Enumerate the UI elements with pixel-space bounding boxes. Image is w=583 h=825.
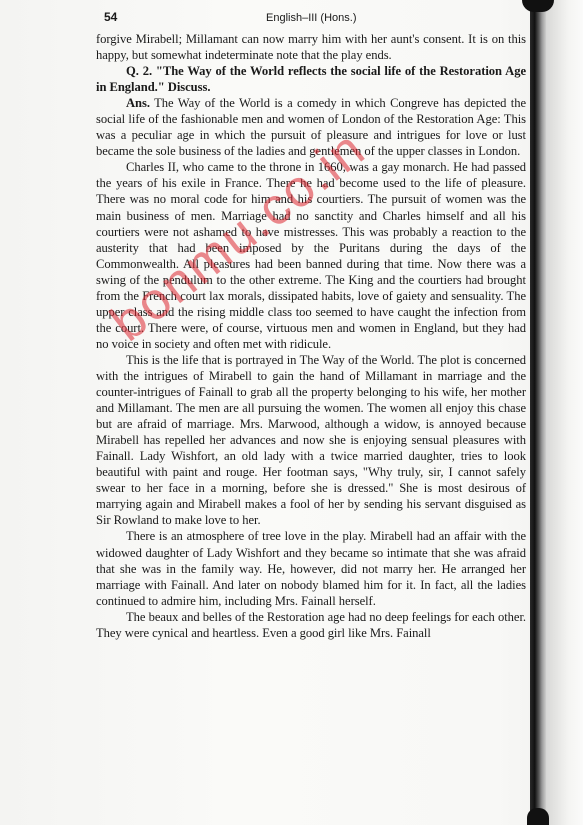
scanned-book-page: 54 English–III (Hons.) forgive Mirabell;… <box>0 0 583 825</box>
question-heading: Q. 2. "The Way of the World reflects the… <box>96 63 526 95</box>
body-paragraph: Charles II, who came to the throne in 16… <box>96 159 526 352</box>
running-head: English–III (Hons.) <box>266 12 356 24</box>
binding-clip-bottom <box>527 808 549 825</box>
page-header: 54 English–III (Hons.) <box>96 8 526 28</box>
answer-label: Ans. <box>126 96 150 110</box>
continuation-paragraph: forgive Mirabell; Millamant can now marr… <box>96 31 526 63</box>
page-edge-shade <box>546 0 583 825</box>
body-paragraph: There is an atmosphere of tree love in t… <box>96 528 526 608</box>
page-number: 54 <box>104 10 117 24</box>
answer-text: The Way of the World is a comedy in whic… <box>96 96 526 158</box>
book-binding-shadow <box>530 0 546 825</box>
body-paragraph: The beaux and belles of the Restoration … <box>96 609 526 641</box>
page-body: forgive Mirabell; Millamant can now marr… <box>96 31 526 641</box>
body-paragraph: This is the life that is portrayed in Th… <box>96 352 526 529</box>
answer-paragraph: Ans. The Way of the World is a comedy in… <box>96 95 526 159</box>
